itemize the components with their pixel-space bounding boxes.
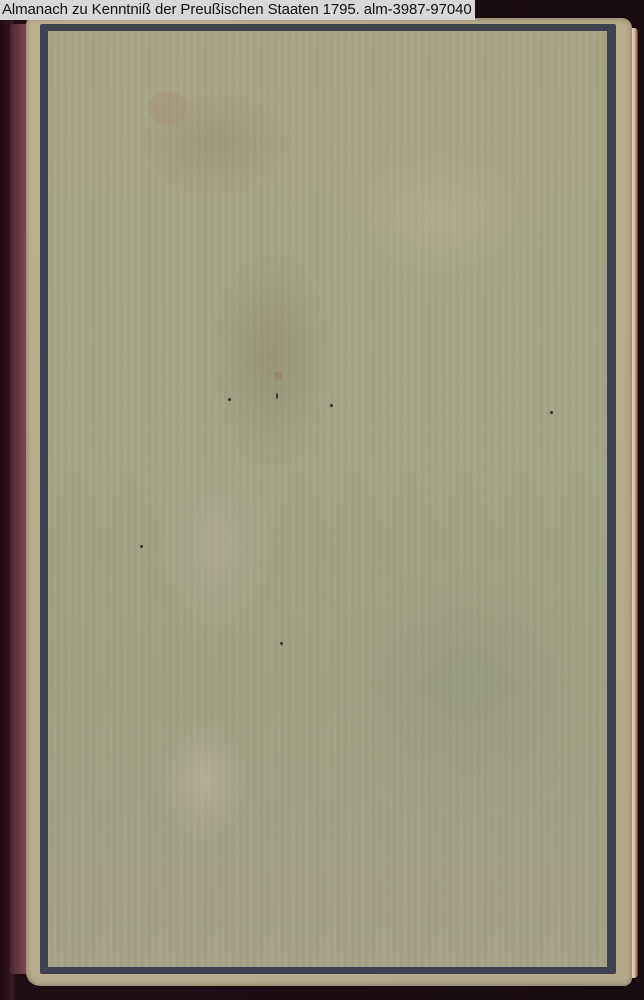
paper-stain: [274, 372, 282, 380]
paper-speck: [276, 393, 278, 399]
paper-speck: [228, 398, 231, 401]
paper-speck: [330, 404, 333, 407]
paper-speck: [280, 642, 283, 645]
cover-paper: [48, 31, 607, 967]
image-caption: Almanach zu Kenntniß der Preußischen Sta…: [0, 0, 475, 20]
paper-stain: [148, 91, 188, 125]
paper-speck: [550, 411, 553, 414]
paper-speck: [140, 545, 143, 548]
